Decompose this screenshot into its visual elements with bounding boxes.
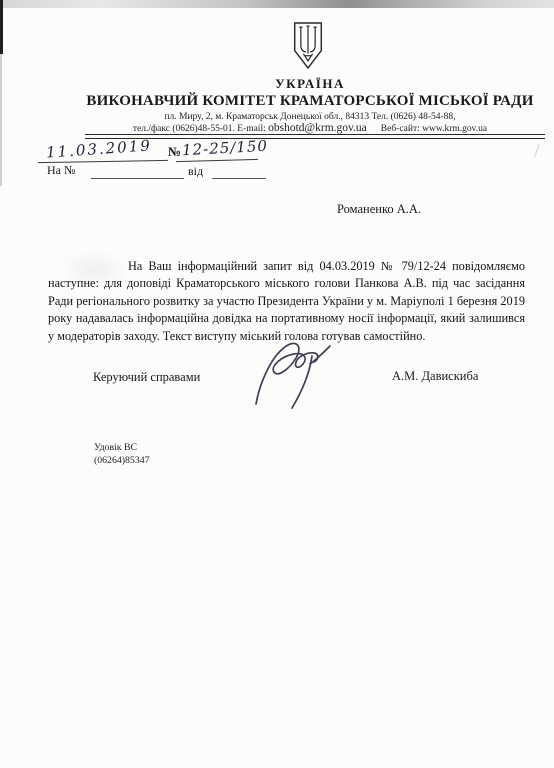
- reply-date-underline: [212, 177, 266, 179]
- executor-phone: (06264)85347: [94, 455, 150, 468]
- scan-shadow-top: [0, 0, 554, 8]
- addressee-name: Романенко А.А.: [337, 202, 421, 217]
- executor-block: Удовік ВС (06264)85347: [94, 442, 150, 467]
- reply-from-label: від: [188, 164, 203, 179]
- address-line-2: тел./факс (0626)48-55-01. E-mail: obshot…: [70, 122, 550, 134]
- letter-body-paragraph: На Ваш інформаційний запит від 04.03.201…: [48, 258, 525, 345]
- website-label: Веб-сайт:: [381, 124, 422, 134]
- scanned-letter-page: УКРАЇНА ВИКОНАВЧИЙ КОМІТЕТ КРАМАТОРСЬКОЇ…: [0, 0, 554, 768]
- ukraine-trident-icon: [292, 22, 324, 69]
- website-address: www.krm.gov.ua: [422, 124, 487, 134]
- country-title: УКРАЇНА: [70, 76, 550, 92]
- handwritten-outgoing-number: 12-25/150: [182, 137, 269, 159]
- signature-scribble-icon: [250, 340, 345, 418]
- scan-streak-left-faint: [0, 54, 2, 186]
- handwritten-date: 11.03.2019: [46, 136, 153, 161]
- reply-number-underline: [91, 177, 184, 179]
- organization-title: ВИКОНАВЧИЙ КОМІТЕТ КРАМАТОРСЬКОЇ МІСЬКОЇ…: [70, 93, 550, 110]
- signer-position-title: Керуючий справами: [93, 370, 200, 385]
- executor-name: Удовік ВС: [94, 442, 150, 455]
- reply-to-number-label: На №: [47, 163, 75, 178]
- header-divider-double-rule: [85, 134, 545, 139]
- scan-pencil-mark: [534, 145, 548, 161]
- email-address: obshotd@krm.gov.ua: [268, 122, 367, 134]
- address-line-1: пл. Миру, 2, м. Краматорськ Донецької об…: [70, 112, 550, 122]
- scan-streak-left: [0, 0, 3, 54]
- signer-name: А.М. Давискиба: [392, 369, 478, 384]
- number-sign: №: [168, 144, 181, 160]
- phone-fax-label: тел./факс (0626)48-55-01. E-mail:: [133, 124, 268, 134]
